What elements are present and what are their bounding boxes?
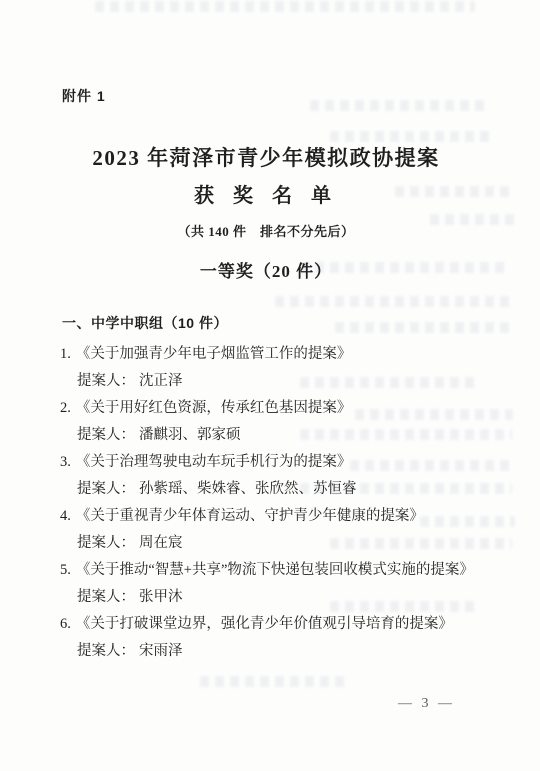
proposer-names: 张甲沐 xyxy=(139,589,183,605)
bleed-through-artifact xyxy=(310,100,490,111)
proposal-title: 3.《关于治理驾驶电动车玩手机行为的提案》 xyxy=(60,449,508,476)
item-number: 6. xyxy=(60,616,71,632)
item-number: 2. xyxy=(60,400,71,416)
proposer-line: 提案人：孙紫瑶、柴姝睿、张欣然、苏恒睿 xyxy=(60,476,508,503)
proposer-line: 提案人：宋雨泽 xyxy=(60,638,508,665)
list-item: 2.《关于用好红色资源，传承红色基因提案》 提案人：潘麒羽、郭家硕 xyxy=(60,395,508,449)
attachment-label: 附件 1 xyxy=(62,86,106,106)
page-number: — 3 — xyxy=(398,696,455,712)
proposer-label: 提案人： xyxy=(77,643,135,659)
list-item: 1.《关于加强青少年电子烟监管工作的提案》 提案人：沈正泽 xyxy=(60,341,508,395)
proposer-line: 提案人：周在宸 xyxy=(60,530,508,557)
proposer-label: 提案人： xyxy=(77,535,135,551)
proposer-names: 宋雨泽 xyxy=(139,643,183,659)
bleed-through-artifact xyxy=(330,131,495,142)
list-item: 3.《关于治理驾驶电动车玩手机行为的提案》 提案人：孙紫瑶、柴姝睿、张欣然、苏恒… xyxy=(60,449,508,503)
document-title-block: 2023 年菏泽市青少年模拟政协提案 获 奖 名 单 （共 140 件 排名不分… xyxy=(0,142,532,240)
proposer-line: 提案人：沈正泽 xyxy=(60,368,508,395)
proposer-names: 沈正泽 xyxy=(139,373,183,389)
proposer-label: 提案人： xyxy=(77,373,135,389)
item-number: 3. xyxy=(60,454,71,470)
bleed-through-artifact xyxy=(200,676,345,687)
bleed-through-artifact xyxy=(335,322,513,333)
proposer-line: 提案人：张甲沐 xyxy=(60,584,508,611)
item-number: 5. xyxy=(60,562,71,578)
document-subtitle: （共 140 件 排名不分先后） xyxy=(0,221,532,240)
list-item: 5.《关于推动“智慧+共享”物流下快递包装回收模式实施的提案》 提案人：张甲沐 xyxy=(60,557,508,611)
proposer-names: 周在宸 xyxy=(139,535,183,551)
proposal-title: 1.《关于加强青少年电子烟监管工作的提案》 xyxy=(60,341,508,368)
proposal-title: 5.《关于推动“智慧+共享”物流下快递包装回收模式实施的提案》 xyxy=(60,557,508,584)
item-number: 4. xyxy=(60,508,71,524)
proposal-title-text: 《关于用好红色资源，传承红色基因提案》 xyxy=(76,400,352,416)
list-item: 4.《关于重视青少年体育运动、守护青少年健康的提案》 提案人：周在宸 xyxy=(60,503,508,557)
list-item: 6.《关于打破课堂边界，强化青少年价值观引导培育的提案》 提案人：宋雨泽 xyxy=(60,611,508,665)
first-prize-heading: 一等奖（20 件） xyxy=(0,257,532,282)
proposer-label: 提案人： xyxy=(77,481,135,497)
proposal-title: 2.《关于用好红色资源，传承红色基因提案》 xyxy=(60,395,508,422)
proposal-title-text: 《关于重视青少年体育运动、守护青少年健康的提案》 xyxy=(76,508,424,524)
bleed-through-artifact xyxy=(95,1,475,12)
proposal-title-text: 《关于治理驾驶电动车玩手机行为的提案》 xyxy=(76,454,352,470)
proposal-title: 4.《关于重视青少年体育运动、守护青少年健康的提案》 xyxy=(60,503,508,530)
group-heading-middle-school: 一、中学中职组（10 件） xyxy=(62,313,228,333)
proposal-title-text: 《关于加强青少年电子烟监管工作的提案》 xyxy=(76,346,352,362)
document-title-line-1: 2023 年菏泽市青少年模拟政协提案 xyxy=(0,142,532,172)
proposer-names: 潘麒羽、郭家硕 xyxy=(139,427,241,443)
proposal-title-text: 《关于打破课堂边界，强化青少年价值观引导培育的提案》 xyxy=(76,616,453,632)
item-number: 1. xyxy=(60,346,71,362)
scanned-document-page: 附件 1 2023 年菏泽市青少年模拟政协提案 获 奖 名 单 （共 140 件… xyxy=(0,0,540,771)
proposer-names: 孙紫瑶、柴姝睿、张欣然、苏恒睿 xyxy=(139,481,357,497)
award-list: 1.《关于加强青少年电子烟监管工作的提案》 提案人：沈正泽 2.《关于用好红色资… xyxy=(60,341,508,665)
proposer-label: 提案人： xyxy=(77,589,135,605)
document-title-line-2: 获 奖 名 单 xyxy=(0,179,532,208)
proposer-label: 提案人： xyxy=(77,427,135,443)
bleed-through-artifact xyxy=(275,296,513,307)
proposal-title: 6.《关于打破课堂边界，强化青少年价值观引导培育的提案》 xyxy=(60,611,508,638)
proposal-title-text: 《关于推动“智慧+共享”物流下快递包装回收模式实施的提案》 xyxy=(76,562,474,578)
proposer-line: 提案人：潘麒羽、郭家硕 xyxy=(60,422,508,449)
